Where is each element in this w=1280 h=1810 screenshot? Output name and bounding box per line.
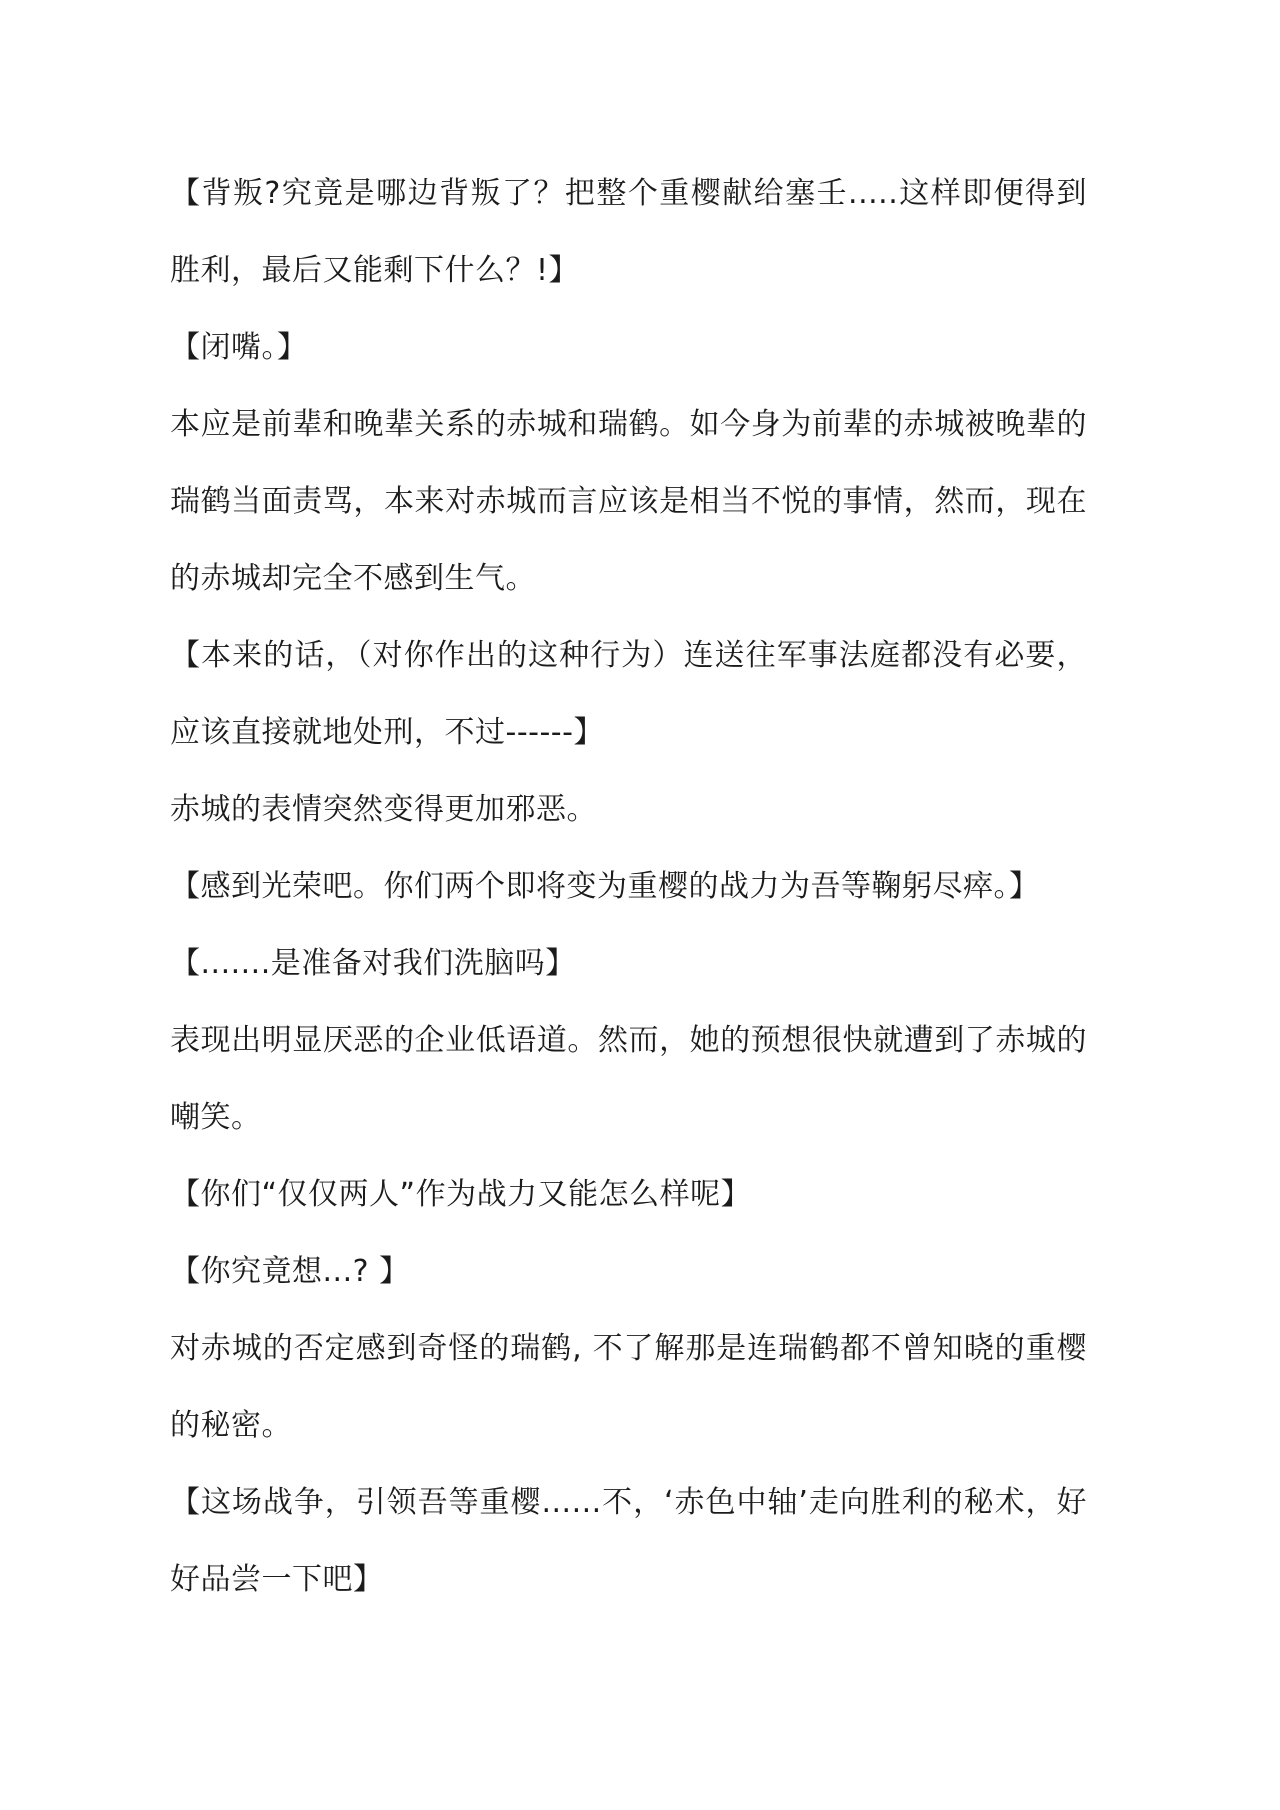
paragraph-dialogue-brainwash: 【.......是准备对我们洗脑吗】	[170, 925, 1087, 1002]
paragraph-narration-akagi-zuikaku: 本应是前辈和晚辈关系的赤城和瑞鹤。如今身为前辈的赤城被晚辈的瑞鹤当面责骂，本来对…	[170, 386, 1087, 617]
paragraph-dialogue-betrayal: 【背叛?究竟是哪边背叛了？把整个重樱献给塞壬.....这样即便得到胜利，最后又能…	[170, 155, 1087, 309]
paragraph-dialogue-secret-art: 【这场战争，引领吾等重樱......不，‘赤色中轴’走向胜利的秘术，好好品尝一下…	[170, 1464, 1087, 1618]
paragraph-narration-expression: 赤城的表情突然变得更加邪恶。	[170, 771, 1087, 848]
document-page: 【背叛?究竟是哪边背叛了？把整个重樱献给塞壬.....这样即便得到胜利，最后又能…	[0, 0, 1280, 1810]
paragraph-dialogue-what-do-you-want: 【你究竟想...? 】	[170, 1233, 1087, 1310]
paragraph-dialogue-court-martial: 【本来的话，（对你作出的这种行为）连送往军事法庭都没有必要，应该直接就地处刑，不…	[170, 617, 1087, 771]
paragraph-narration-secret: 对赤城的否定感到奇怪的瑞鹤, 不了解那是连瑞鹤都不曾知晓的重樱的秘密。	[170, 1310, 1087, 1464]
paragraph-dialogue-shut-up: 【闭嘴。】	[170, 309, 1087, 386]
paragraph-narration-enterprise: 表现出明显厌恶的企业低语道。然而，她的预想很快就遭到了赤城的嘲笑。	[170, 1002, 1087, 1156]
paragraph-dialogue-glory: 【感到光荣吧。你们两个即将变为重樱的战力为吾等鞠躬尽瘁。】	[170, 848, 1087, 925]
paragraph-dialogue-only-two: 【你们“仅仅两人”作为战力又能怎么样呢】	[170, 1156, 1087, 1233]
